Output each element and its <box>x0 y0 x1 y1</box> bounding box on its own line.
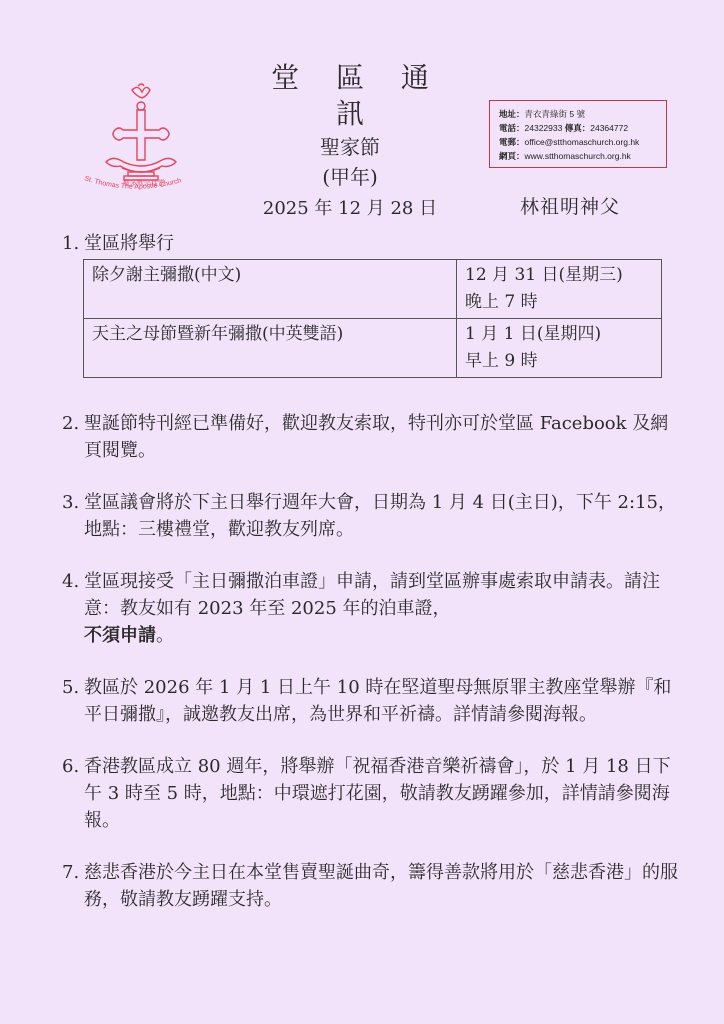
cross-dove-icon: 聖多默宗徒堂 St. Thomas The Apostle Church <box>80 82 210 192</box>
email-link[interactable]: office@stthomaschurch.org.hk <box>525 137 640 147</box>
contact-address: 地址：青衣青綠街 5 號 <box>499 107 657 121</box>
event-datetime: 12 月 31 日(星期三)晚上 7 時 <box>457 260 662 319</box>
announcement-text: 教區於 2026 年 1 月 1 日上午 10 時在堅道聖母無原罪主教座堂舉辦『… <box>84 674 682 728</box>
announcement-text: 聖誕節特刊經已準備好，歡迎教友索取，特刊亦可於堂區 Facebook 及網頁閱覽… <box>84 410 682 464</box>
event-name: 天主之母節暨新年彌撒(中英雙語) <box>84 319 457 378</box>
liturgical-year: (甲年) <box>230 162 470 192</box>
announcements: 1. 堂區將舉行 除夕謝主彌撒(中文) 12 月 31 日(星期三)晚上 7 時… <box>62 230 682 938</box>
contact-phone: 電話：24322933 傳真：24364772 <box>499 121 657 135</box>
announcement-text: 堂區現接受「主日彌撒泊車證」申請，請到堂區辦事處索取申請表。請注意：教友如有 2… <box>84 568 682 649</box>
emphasis-text: 不須申請 <box>84 625 156 646</box>
announcement-2: 2. 聖誕節特刊經已準備好，歡迎教友索取，特刊亦可於堂區 Facebook 及網… <box>62 410 682 464</box>
header-block: 堂 區 通 訊 聖家節 (甲年) 2025 年 12 月 28 日 <box>230 60 470 224</box>
announcement-6: 6. 香港教區成立 80 週年，將舉辦「祝福香港音樂祈禱會」，於 1 月 18 … <box>62 753 682 834</box>
table-row: 天主之母節暨新年彌撒(中英雙語) 1 月 1 日(星期四)早上 9 時 <box>84 319 662 378</box>
announcement-text: 堂區議會將於下主日舉行週年大會，日期為 1 月 4 日(主日)，下午 2:15，… <box>84 489 682 543</box>
church-logo: 聖多默宗徒堂 St. Thomas The Apostle Church <box>80 82 210 192</box>
announcement-text: 堂區將舉行 <box>84 230 682 257</box>
announcement-text: 香港教區成立 80 週年，將舉辦「祝福香港音樂祈禱會」，於 1 月 18 日下午… <box>84 753 682 834</box>
announcement-1: 1. 堂區將舉行 除夕謝主彌撒(中文) 12 月 31 日(星期三)晚上 7 時… <box>62 230 682 378</box>
mass-schedule-table: 除夕謝主彌撒(中文) 12 月 31 日(星期三)晚上 7 時 天主之母節暨新年… <box>83 259 662 378</box>
announcement-7: 7. 慈悲香港於今主日在本堂售賣聖誕曲奇，籌得善款將用於「慈悲香港」的服務，敬請… <box>62 859 682 913</box>
table-row: 除夕謝主彌撒(中文) 12 月 31 日(星期三)晚上 7 時 <box>84 260 662 319</box>
contact-web: 網頁：www.stthomaschurch.org.hk <box>499 149 657 163</box>
announcement-5: 5. 教區於 2026 年 1 月 1 日上午 10 時在堅道聖母無原罪主教座堂… <box>62 674 682 728</box>
feast-name: 聖家節 <box>230 132 470 162</box>
announcement-3: 3. 堂區議會將於下主日舉行週年大會，日期為 1 月 4 日(主日)，下午 2:… <box>62 489 682 543</box>
page-title: 堂 區 通 訊 <box>230 60 470 132</box>
event-datetime: 1 月 1 日(星期四)早上 9 時 <box>457 319 662 378</box>
announcement-4: 4. 堂區現接受「主日彌撒泊車證」申請，請到堂區辦事處索取申請表。請注意：教友如… <box>62 568 682 649</box>
event-name: 除夕謝主彌撒(中文) <box>84 260 457 319</box>
contact-email: 電郵：office@stthomaschurch.org.hk <box>499 135 657 149</box>
contact-box: 地址：青衣青綠街 5 號 電話：24322933 傳真：24364772 電郵：… <box>489 100 667 168</box>
priest-name: 林祖明神父 <box>520 192 620 219</box>
bulletin-date: 2025 年 12 月 28 日 <box>230 194 470 224</box>
announcement-text: 慈悲香港於今主日在本堂售賣聖誕曲奇，籌得善款將用於「慈悲香港」的服務，敬請教友踴… <box>84 859 682 913</box>
website-link[interactable]: www.stthomaschurch.org.hk <box>525 151 631 161</box>
